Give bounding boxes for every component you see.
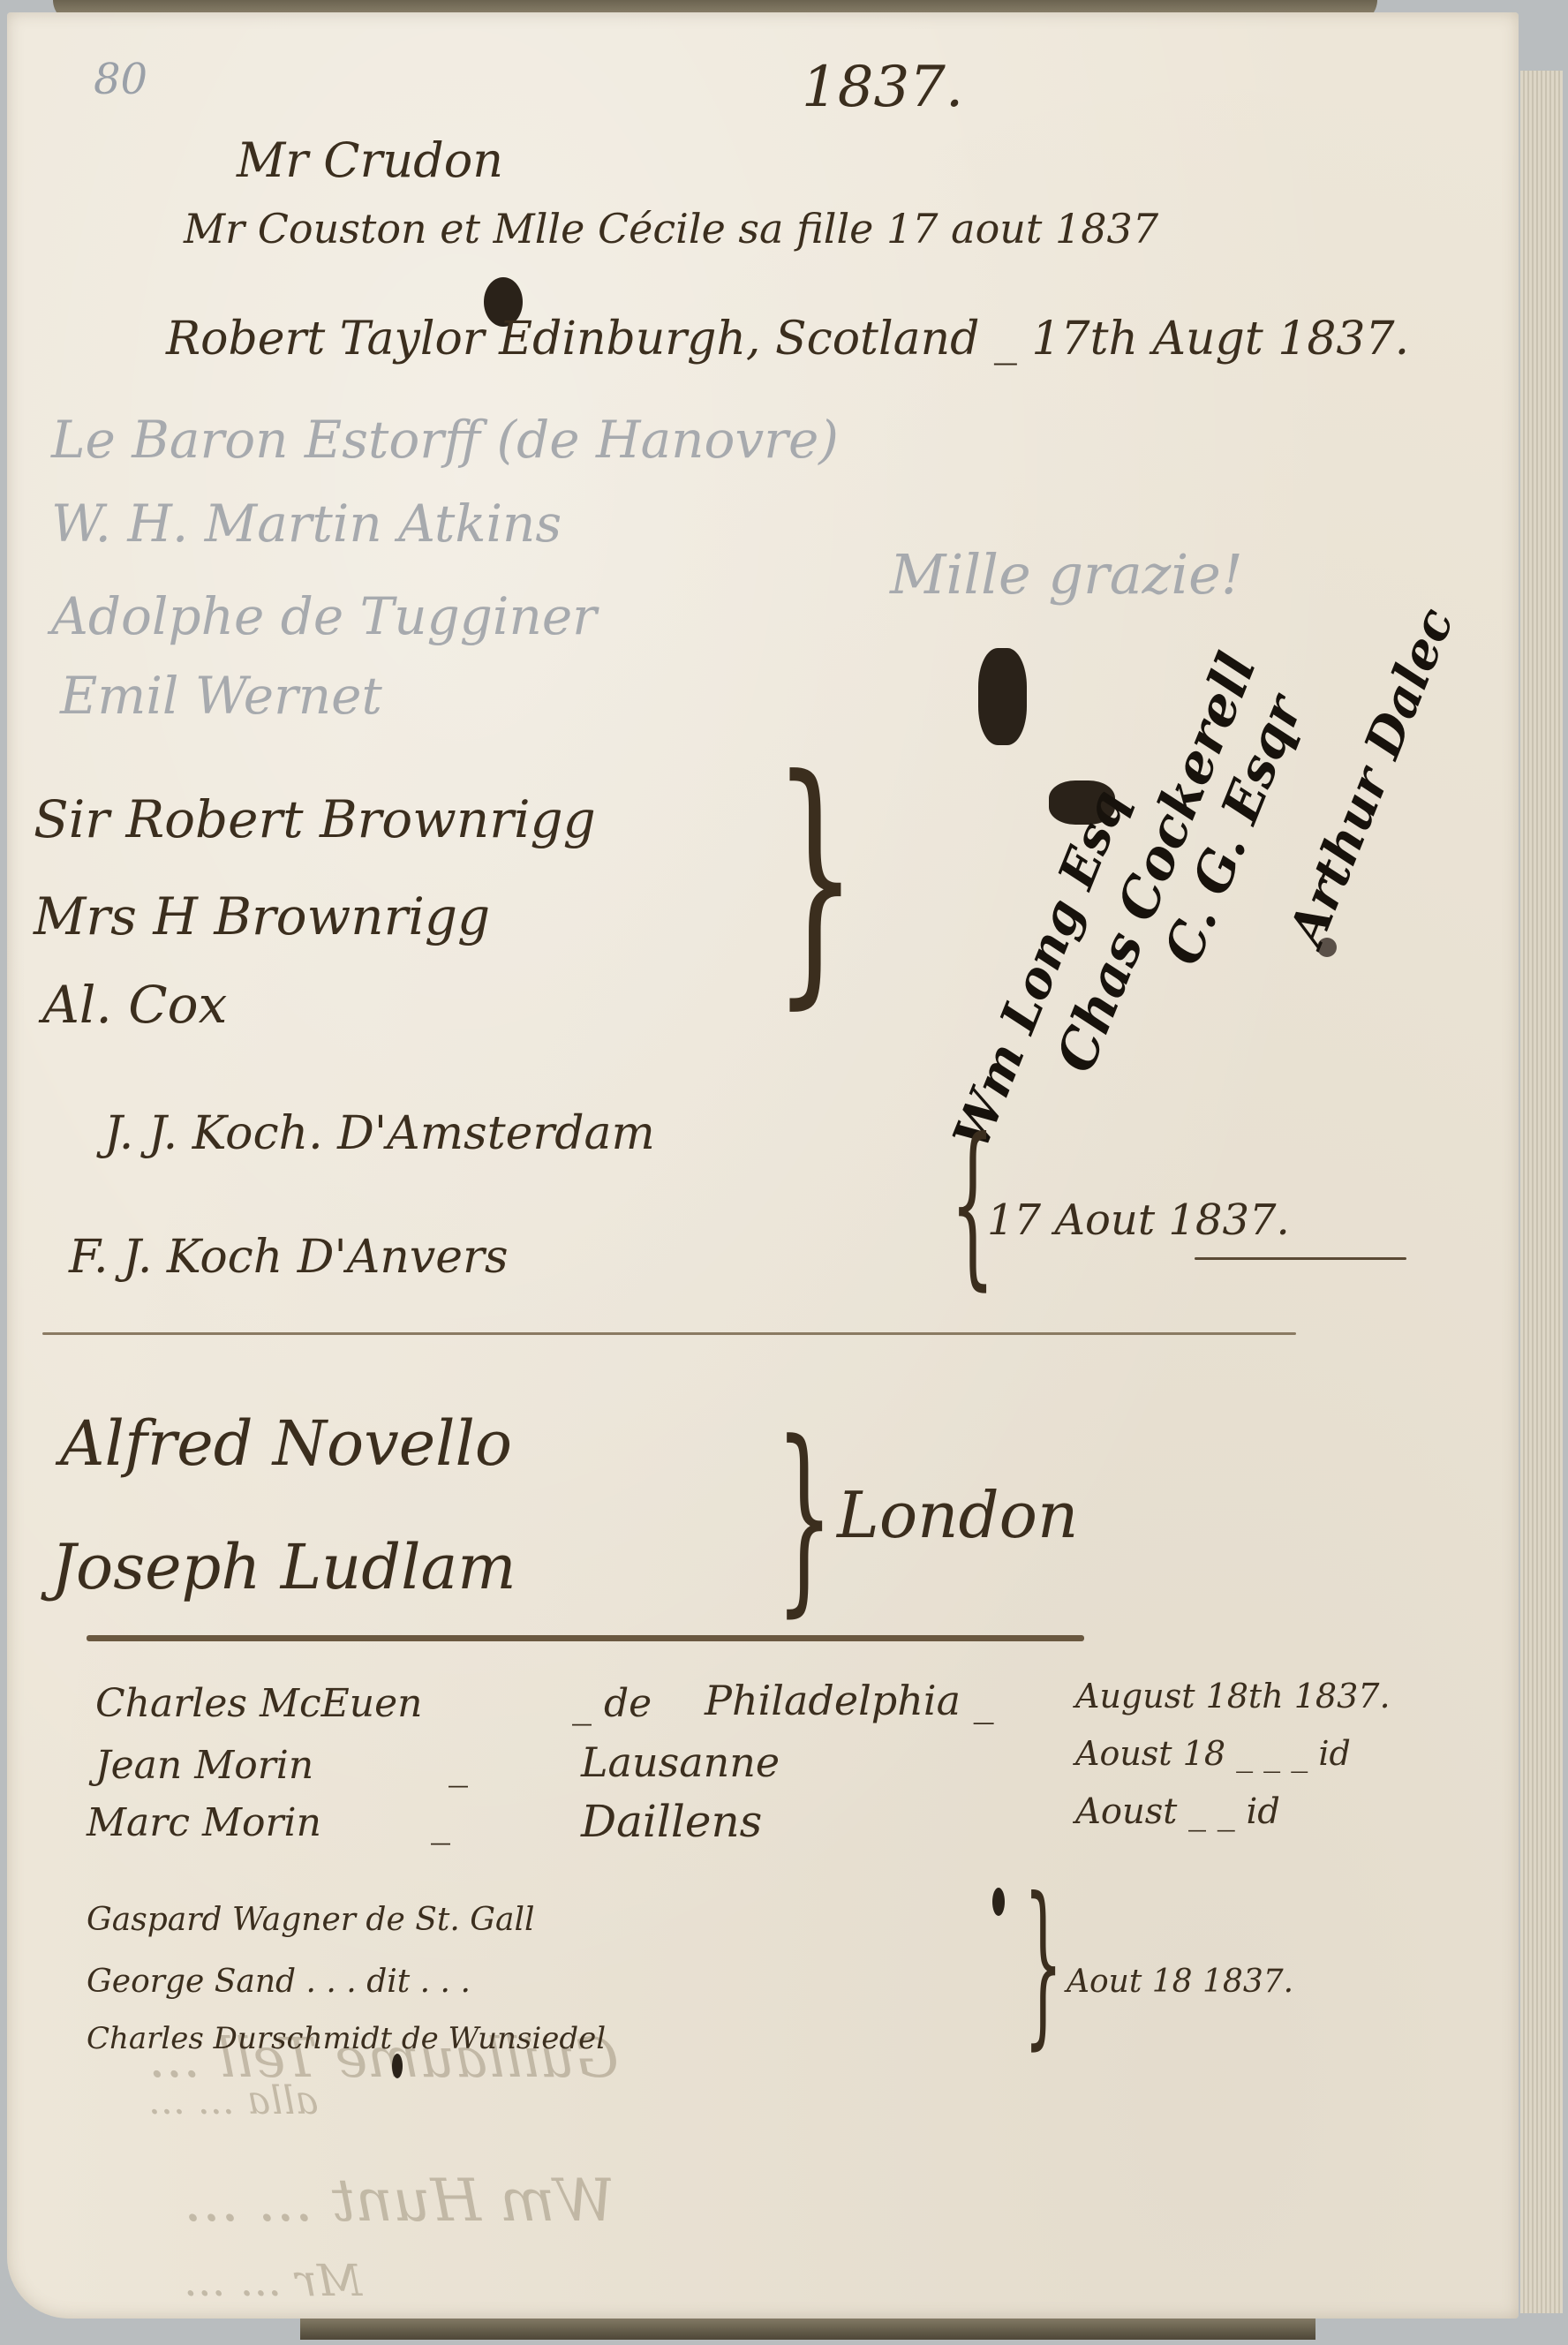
brace-wagner: } (1023, 1875, 1063, 2052)
underline (1195, 1257, 1406, 1260)
bleed-through-text: alla ... ... (148, 2078, 319, 2123)
entry-koch-anvers: F. J. Koch D'Anvers (69, 1231, 509, 1284)
entry-marc-morin-name: Marc Morin (87, 1800, 321, 1845)
entry-jean-morin-sep: _ (449, 1743, 468, 1788)
entry-mceuen-sep: _ de (572, 1681, 652, 1726)
entry-durschmidt: Charles Durschmidt de Wunsiedel (87, 2021, 606, 2056)
entry-jean-morin-date: Aoust 18 _ _ _ id (1075, 1734, 1351, 1773)
page-edges (1520, 71, 1563, 2313)
entry-koch-amsterdam: J. J. Koch. D'Amsterdam (104, 1107, 655, 1160)
entry-brownrigg-sir: Sir Robert Brownrigg (34, 789, 596, 849)
ink-blot (392, 2054, 403, 2078)
date-koch: 17 Aout 1837. (987, 1195, 1290, 1245)
entry-crudon: Mr Crudon (237, 132, 503, 188)
entry-wernet: Emil Wernet (60, 666, 382, 726)
divider-line (42, 1332, 1296, 1335)
place-london: London (837, 1478, 1078, 1552)
entry-estorff: Le Baron Estorff (de Hanovre) (51, 410, 839, 470)
ink-blot (992, 1888, 1005, 1916)
ink-blot (978, 648, 1027, 745)
entry-atkins: W. H. Martin Atkins (51, 494, 562, 554)
entry-jean-morin-name: Jean Morin (95, 1743, 313, 1788)
entry-ludlam: Joseph Ludlam (51, 1531, 516, 1603)
entry-wagner: Gaspard Wagner de St. Gall (87, 1902, 534, 1938)
entry-jean-morin-place: Lausanne (581, 1738, 780, 1786)
entry-sand: George Sand . . . dit . . . (87, 1964, 471, 2000)
entry-mceuen-date: August 18th 1837. (1075, 1677, 1391, 1715)
entry-couston: Mr Couston et Mlle Cécile sa fille 17 ao… (184, 205, 1158, 253)
entry-mceuen-place: Philadelphia _ (705, 1677, 994, 1724)
brace-brownrigg: } (773, 745, 857, 1010)
entry-marc-morin-place: Daillens (581, 1796, 762, 1847)
entry-mceuen-name: Charles McEuen (95, 1681, 422, 1726)
manuscript-page: Guillaume Tell ... alla ... ... Wm Hunt … (7, 12, 1519, 2319)
bleed-through-text: Mr ... ... (184, 2255, 362, 2306)
entry-tugginer: Adolphe de Tugginer (51, 586, 597, 646)
brace-london: } (775, 1416, 833, 1619)
entry-novello: Alfred Novello (60, 1407, 512, 1480)
entry-taylor: Robert Taylor Edinburgh, Scotland _ 17th… (166, 313, 1409, 366)
divider-line-thick (87, 1635, 1084, 1641)
entry-marc-morin-sep: _ (431, 1800, 450, 1845)
year-heading: 1837. (802, 55, 963, 120)
entry-mille-grazie: Mille grazie! (890, 542, 1243, 607)
folio-number: 80 (94, 55, 147, 104)
vertical-signature-dalec: Arthur Dalec (1278, 600, 1466, 954)
bleed-through-text: Wm Hunt ... ... (184, 2167, 614, 2235)
entry-marc-morin-date: Aoust _ _ id (1075, 1791, 1280, 1832)
date-wagner: Aout 18 1837. (1067, 1964, 1293, 2000)
entry-brownrigg-mrs: Mrs H Brownrigg (34, 886, 490, 946)
entry-cox: Al. Cox (42, 975, 227, 1035)
